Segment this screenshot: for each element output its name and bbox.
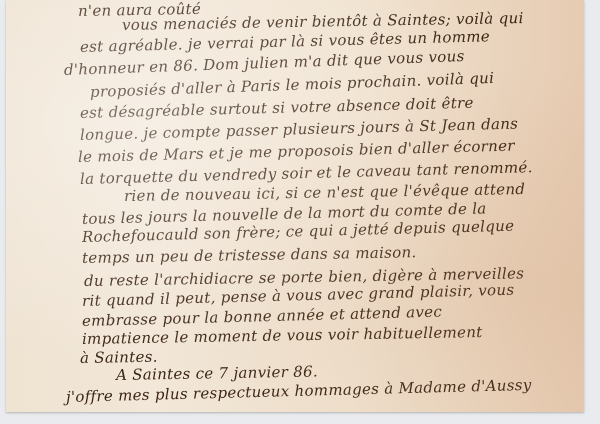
letter-line: la torquette du vendredy soir et le cave… — [80, 158, 533, 188]
letter-line: le mois de Mars et je me proposois bien … — [78, 137, 515, 166]
letter-line: rien de nouveau ici, si ce n'est que l'é… — [124, 180, 526, 205]
letter-line: rit quand il peut, pense à vous avec gra… — [82, 281, 515, 310]
letter-line: est agréable. je verrai par là si vous ê… — [80, 27, 490, 56]
letter-paper: n'en aura coûtévous menaciés de venir bi… — [6, 0, 584, 412]
letter-line: A Saintes ce 7 janvier 86. — [116, 362, 318, 384]
letter-line: j'offre mes plus respectueux hommages à … — [66, 376, 532, 406]
letter-line: embrasse pour la bonne année et attend a… — [82, 303, 443, 330]
letter-line: d'honneur en 86. Dom julien m'a dit que … — [64, 47, 465, 79]
letter-line: impatience le moment de vous voir habitu… — [82, 323, 483, 348]
letter-line: Rochefoucauld son frère; ce qui a jetté … — [82, 217, 515, 246]
letter-line: tous les jours la nouvelle de la mort du… — [82, 199, 487, 228]
letter-line: du reste l'archidiacre se porte bien, di… — [84, 264, 525, 290]
letter-line: temps un peu de tristesse dans sa maison… — [82, 243, 417, 267]
letter-line: proposiés d'aller à Paris le mois procha… — [90, 69, 495, 101]
letter-line: vous menaciés de venir bientôt à Saintes… — [122, 9, 524, 34]
letter-line: est désagréable surtout si votre absence… — [80, 94, 474, 122]
letter-line: n'en aura coûté — [78, 0, 201, 20]
letter-line: longue. je compte passer plusieurs jours… — [80, 115, 519, 144]
letter-line: à Saintes. — [80, 348, 158, 367]
